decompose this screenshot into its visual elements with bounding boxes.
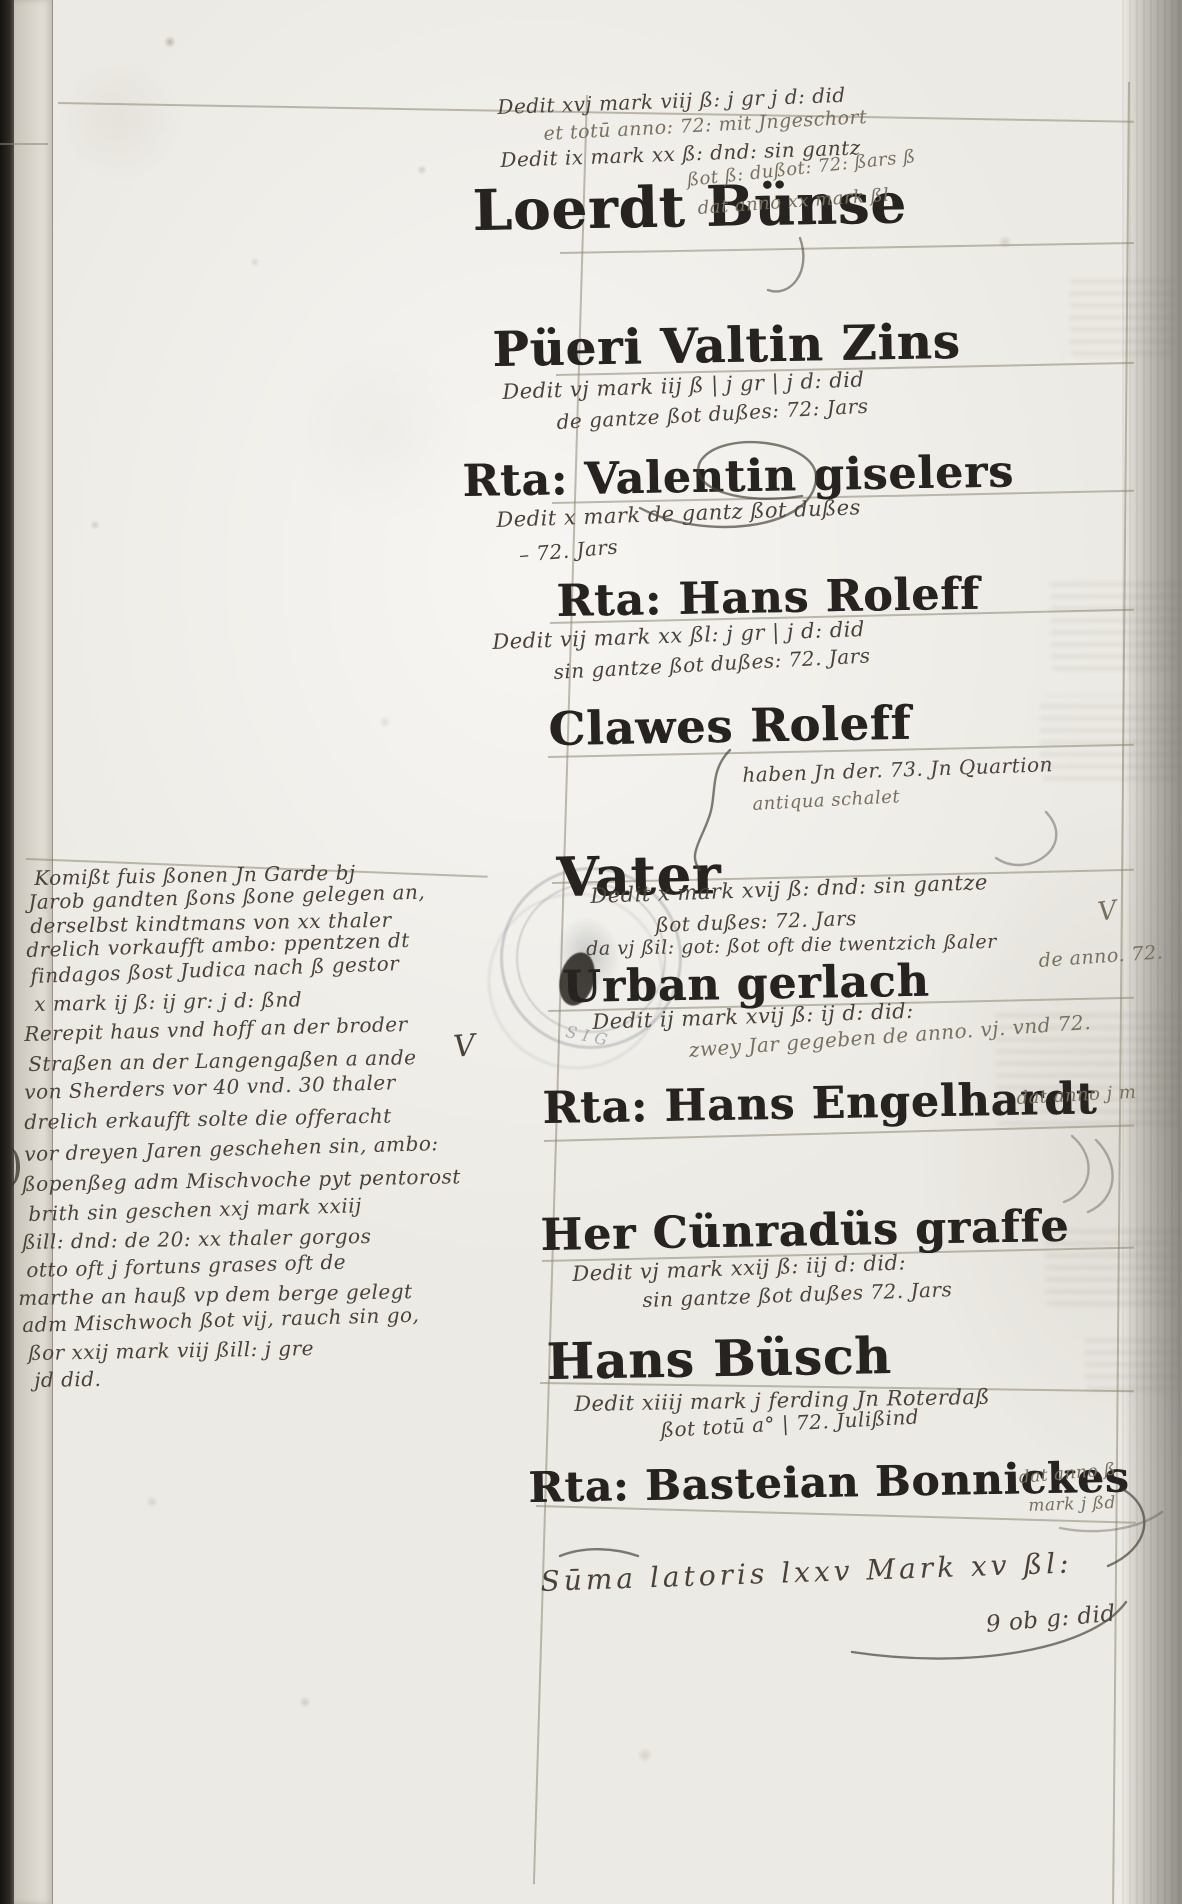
marginal-note-line: brith sin geschen xxj mark xxiij [28,1193,362,1226]
marginal-note-line: jd did. [34,1367,102,1392]
engelhardt-curl-1 [1064,1136,1089,1202]
payment-note-line: haben Jn der. 73. Jn Quartion [742,752,1053,787]
payment-note-line: ßot dußes: 72. Jars [655,906,857,937]
marginal-note-line: ßor xxij mark viij ßill: j gre [28,1336,314,1365]
bleed-through-ghost-text [1070,275,1175,355]
entry-heading-hans-buesch: Hans Büsch [546,1326,892,1391]
marginal-note-line: vor dreyen Jaren geschehen sin, ambo: [24,1131,439,1166]
payment-note-line: – 72. Jars [518,534,619,567]
summa-pennies-line: 9 ob g: did [985,1601,1117,1638]
summa-lateris-line: Sūma latoris lxxv Mark xv ßl: [540,1546,1073,1598]
marginal-note-line: von Sherders vor 40 vnd. 30 thaler [24,1070,396,1104]
payment-note-line: antiqua schalet [752,786,901,815]
buense-descender-swash [768,238,803,291]
entry-heading-cunradus-graffe: Her Cünradüs graffe [540,1201,1070,1261]
side-note-line: mark j ßd [1028,1493,1116,1516]
payment-note-line: sin gantze ßot dußes 72. Jars [642,1277,953,1312]
entry-heading-pueri-valtin-zins: Püeri Valtin Zins [492,314,961,378]
marginal-note-line: ßopenßeg adm Mischvoche pyt pentorost [22,1164,461,1196]
entry-heading-hans-roleff: Rta: Hans Roleff [556,569,980,627]
summa-macron [560,1549,638,1556]
bleed-through-ghost-text [1050,575,1180,670]
book-gutter-shadow [0,0,14,1904]
entry-heading-hans-engelhardt: Rta: Hans Engelhardt [542,1073,1098,1134]
entry-heading-valentin-giselers: Rta: Valentin giselers [462,446,1014,507]
bleed-through-ghost-text [1085,1335,1180,1390]
engelhardt-curl-2 [1088,1140,1113,1212]
check-mark-v-left: V [452,1028,477,1065]
entry-heading-clawes-roleff: Clawes Roleff [548,696,912,756]
edge-ink-mark [0,1148,20,1186]
ruled-line-under-loerdt [560,242,1134,254]
bleed-through-ghost-text [1040,695,1180,780]
check-mark-v-right: V [1096,895,1119,927]
marginal-note-line: otto oft j fortuns grases oft de [26,1250,346,1282]
schalet-swash [996,812,1056,865]
scanned-manuscript-page: SIG Dedit xvj mark viij ß: j gr j d: did… [0,0,1182,1904]
marginal-note-line: x mark ij ß: ij gr: j d: ßnd [34,987,302,1016]
marginal-note-line: Rerepit haus vnd hoff an der broder [24,1012,408,1046]
marginal-note-line: drelich erkaufft solte die offeracht [24,1104,392,1134]
ruled-line-top-left-short [0,143,48,145]
